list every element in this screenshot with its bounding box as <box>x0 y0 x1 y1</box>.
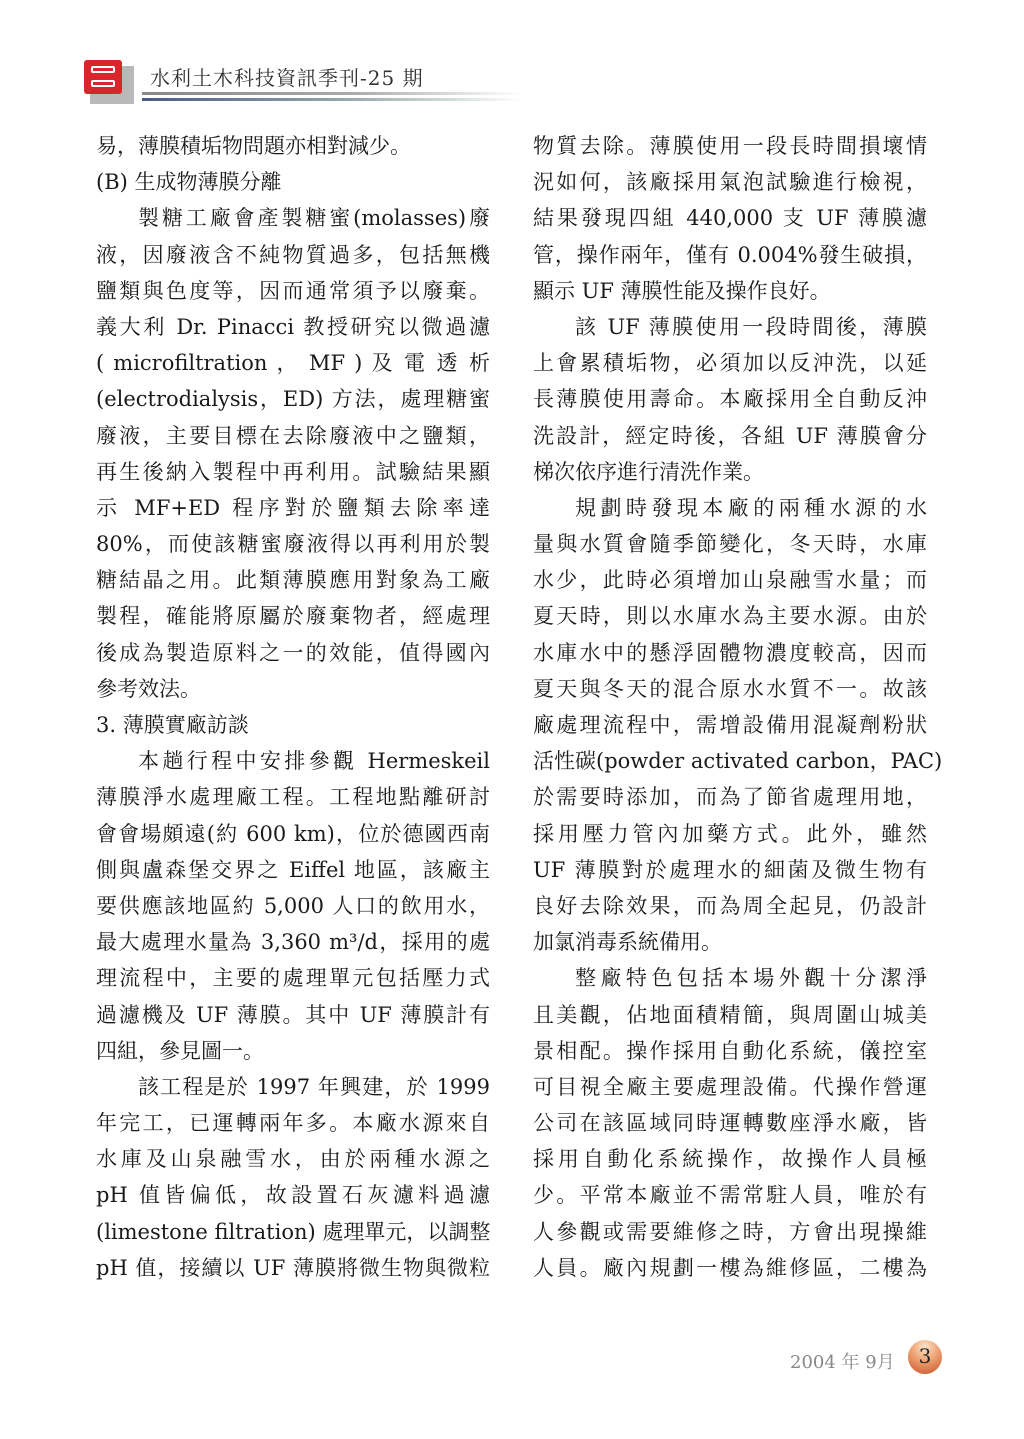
header-rule-blue <box>142 98 522 101</box>
text-line: 人參觀或需要維修之時，方會出現操維 <box>533 1214 927 1250</box>
text-line: 易，薄膜積垢物問題亦相對減少。 <box>96 128 490 164</box>
text-line: 後成為製造原料之一的效能，值得國內 <box>96 635 490 671</box>
text-line: 會會場頗遠(約 600 km)，位於德國西南 <box>96 816 490 852</box>
text-line: 該工程是於 1997 年興建，於 1999 <box>96 1069 490 1105</box>
text-line: pH 值，接續以 UF 薄膜將微生物與微粒 <box>96 1250 490 1286</box>
text-line: 側與盧森堡交界之 Eiffel 地區，該廠主 <box>96 852 490 888</box>
text-line: 製程，確能將原屬於廢棄物者，經處理 <box>96 598 490 634</box>
text-line: 洗設計，經定時後，各組 UF 薄膜會分 <box>533 418 927 454</box>
text-line: 於需要時添加，而為了節省處理用地， <box>533 779 927 815</box>
text-line: 採用壓力管內加藥方式。此外，雖然 <box>533 816 927 852</box>
text-line: 且美觀，佔地面積精簡，與周圍山城美 <box>533 997 927 1033</box>
text-line: UF 薄膜對於處理水的細菌及微生物有 <box>533 852 927 888</box>
text-line: 製糖工廠會產製糖蜜(molasses)廢 <box>96 200 490 236</box>
text-line: 義大利 Dr. Pinacci 教授研究以微過濾 <box>96 309 490 345</box>
text-line: 糖結晶之用。此類薄膜應用對象為工廠 <box>96 562 490 598</box>
text-line: 液，因廢液含不純物質過多，包括無機 <box>96 237 490 273</box>
text-line: 本趟行程中安排參觀 Hermeskeil <box>96 743 490 779</box>
header-rule-gray <box>142 92 522 95</box>
text-line: 採用自動化系統操作，故操作人員極 <box>533 1141 927 1177</box>
page-number: 3 <box>908 1344 942 1368</box>
text-line: 公司在該區域同時運轉數座淨水廠，皆 <box>533 1105 927 1141</box>
text-line: 梯次依序進行清洗作業。 <box>533 454 927 490</box>
text-line: 過濾機及 UF 薄膜。其中 UF 薄膜計有 <box>96 997 490 1033</box>
text-line: 廢液，主要目標在去除廢液中之鹽類， <box>96 418 490 454</box>
text-line: (limestone filtration) 處理單元，以調整 <box>96 1214 490 1250</box>
text-line: 景相配。操作採用自動化系統，儀控室 <box>533 1033 927 1069</box>
left-text-column: 易，薄膜積垢物問題亦相對減少。(B) 生成物薄膜分離製糖工廠會產製糖蜜(mola… <box>96 128 490 1286</box>
text-line: 水少，此時必須增加山泉融雪水量；而 <box>533 562 927 598</box>
text-line: (B) 生成物薄膜分離 <box>96 164 490 200</box>
text-line: 示 MF+ED 程序對於鹽類去除率達 <box>96 490 490 526</box>
text-line: 薄膜淨水處理廠工程。工程地點離研討 <box>96 779 490 815</box>
text-line: 人員。廠內規劃一樓為維修區，二樓為 <box>533 1250 927 1286</box>
text-line: 可目視全廠主要處理設備。代操作營運 <box>533 1069 927 1105</box>
page-footer: 2004 年 9月 3 <box>790 1340 970 1380</box>
text-line: 3. 薄膜實廠訪談 <box>96 707 490 743</box>
text-line: 理流程中，主要的處理單元包括壓力式 <box>96 960 490 996</box>
text-line: 上會累積垢物，必須加以反沖洗，以延 <box>533 345 927 381</box>
text-line: 年完工，已運轉兩年多。本廠水源來自 <box>96 1105 490 1141</box>
text-line: 少。平常本廠並不需常駐人員，唯於有 <box>533 1177 927 1213</box>
right-text-column: 物質去除。薄膜使用一段長時間損壞情況如何，該廠採用氣泡試驗進行檢視，結果發現四組… <box>533 128 927 1286</box>
text-line: 況如何，該廠採用氣泡試驗進行檢視， <box>533 164 927 200</box>
text-line: 規劃時發現本廠的兩種水源的水 <box>533 490 927 526</box>
text-line: 良好去除效果，而為周全起見，仍設計 <box>533 888 927 924</box>
journal-title: 水利土木科技資訊季刊-25 期 <box>150 62 424 91</box>
text-line: 量與水質會隨季節變化，冬天時，水庫 <box>533 526 927 562</box>
text-line: 整廠特色包括本場外觀十分潔淨 <box>533 960 927 996</box>
text-line: 結果發現四組 440,000 支 UF 薄膜濾 <box>533 200 927 236</box>
text-line: 最大處理水量為 3,360 m³/d，採用的處 <box>96 924 490 960</box>
text-line: 活性碳(powder activated carbon，PAC) <box>533 743 927 779</box>
text-line: 再生後納入製程中再利用。試驗結果顯 <box>96 454 490 490</box>
journal-logo-icon <box>84 60 128 98</box>
text-line: 夏天時，則以水庫水為主要水源。由於 <box>533 598 927 634</box>
journal-header: 水利土木科技資訊季刊-25 期 <box>84 58 684 108</box>
text-line: ( microfiltration ， MF ) 及 電 透 析 <box>96 345 490 381</box>
text-line: 管，操作兩年，僅有 0.004%發生破損， <box>533 237 927 273</box>
text-line: (electrodialysis，ED) 方法，處理糖蜜 <box>96 381 490 417</box>
text-line: 參考效法。 <box>96 671 490 707</box>
issue-date: 2004 年 9月 <box>790 1348 895 1374</box>
text-line: 加氯消毒系統備用。 <box>533 924 927 960</box>
text-line: 廠處理流程中，需增設備用混凝劑粉狀 <box>533 707 927 743</box>
text-line: pH 值皆偏低，故設置石灰濾料過濾 <box>96 1177 490 1213</box>
text-line: 該 UF 薄膜使用一段時間後，薄膜 <box>533 309 927 345</box>
text-line: 長薄膜使用壽命。本廠採用全自動反沖 <box>533 381 927 417</box>
text-line: 80%，而使該糖蜜廢液得以再利用於製 <box>96 526 490 562</box>
text-line: 夏天與冬天的混合原水水質不一。故該 <box>533 671 927 707</box>
text-line: 要供應該地區約 5,000 人口的飲用水， <box>96 888 490 924</box>
text-line: 顯示 UF 薄膜性能及操作良好。 <box>533 273 927 309</box>
page-number-badge: 3 <box>908 1340 942 1374</box>
text-line: 水庫及山泉融雪水，由於兩種水源之 <box>96 1141 490 1177</box>
text-line: 物質去除。薄膜使用一段長時間損壞情 <box>533 128 927 164</box>
text-line: 鹽類與色度等，因而通常須予以廢棄。 <box>96 273 490 309</box>
text-line: 水庫水中的懸浮固體物濃度較高，因而 <box>533 635 927 671</box>
text-line: 四組，參見圖一。 <box>96 1033 490 1069</box>
